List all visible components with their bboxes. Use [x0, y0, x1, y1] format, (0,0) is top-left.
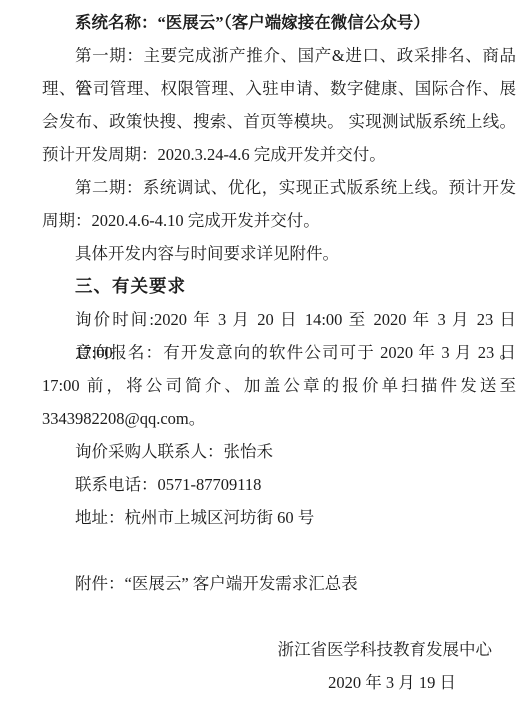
phase1-line3: 会发布、政策快搜、搜索、首页等模块。 实现测试版系统上线。 [42, 105, 516, 138]
intent-email: 3343982208@qq.com。 [42, 402, 516, 435]
system-name-title: 系统名称：“医展云”（客户端嫁接在微信公众号） [42, 6, 516, 39]
detail-note: 具体开发内容与时间要求详见附件。 [42, 237, 516, 270]
section-heading: 三、有关要求 [42, 270, 516, 303]
spacer-2 [42, 600, 516, 633]
phase1-line4: 预计开发周期：2020.3.24-4.6 完成开发并交付。 [42, 138, 516, 171]
phase2-line1: 第二期：系统调试、优化，实现正式版系统上线。预计开发 [42, 171, 516, 204]
phase1-line2: 理、公司管理、权限管理、入驻申请、数字健康、国际合作、展 [42, 72, 516, 105]
phase2-line2: 周期：2020.4.6-4.10 完成开发并交付。 [42, 204, 516, 237]
inquiry-time: 询价时间:2020 年 3 月 20 日 14:00 至 2020 年 3 月 … [42, 303, 516, 336]
contact-phone: 联系电话：0571-87709118 [42, 468, 516, 501]
intent-line1: 意向报名：有开发意向的软件公司可于 2020 年 3 月 23 日 [42, 336, 516, 369]
spacer-1 [42, 534, 516, 567]
address: 地址：杭州市上城区河坊街 60 号 [42, 501, 516, 534]
intent-line2: 17:00 前，将公司简介、加盖公章的报价单扫描件发送至 [42, 369, 516, 402]
contact-person: 询价采购人联系人：张怡禾 [42, 435, 516, 468]
attachment-note: 附件：“医展云” 客户端开发需求汇总表 [42, 567, 516, 600]
signature-date: 2020 年 3 月 19 日 [42, 666, 516, 699]
org-signature: 浙江省医学科技教育发展中心 [42, 633, 516, 666]
document-page: 系统名称：“医展云”（客户端嫁接在微信公众号） 第一期：主要完成浙产推介、国产&… [0, 0, 526, 707]
phase1-line1: 第一期：主要完成浙产推介、国产&进口、政采排名、商品管 [42, 39, 516, 72]
